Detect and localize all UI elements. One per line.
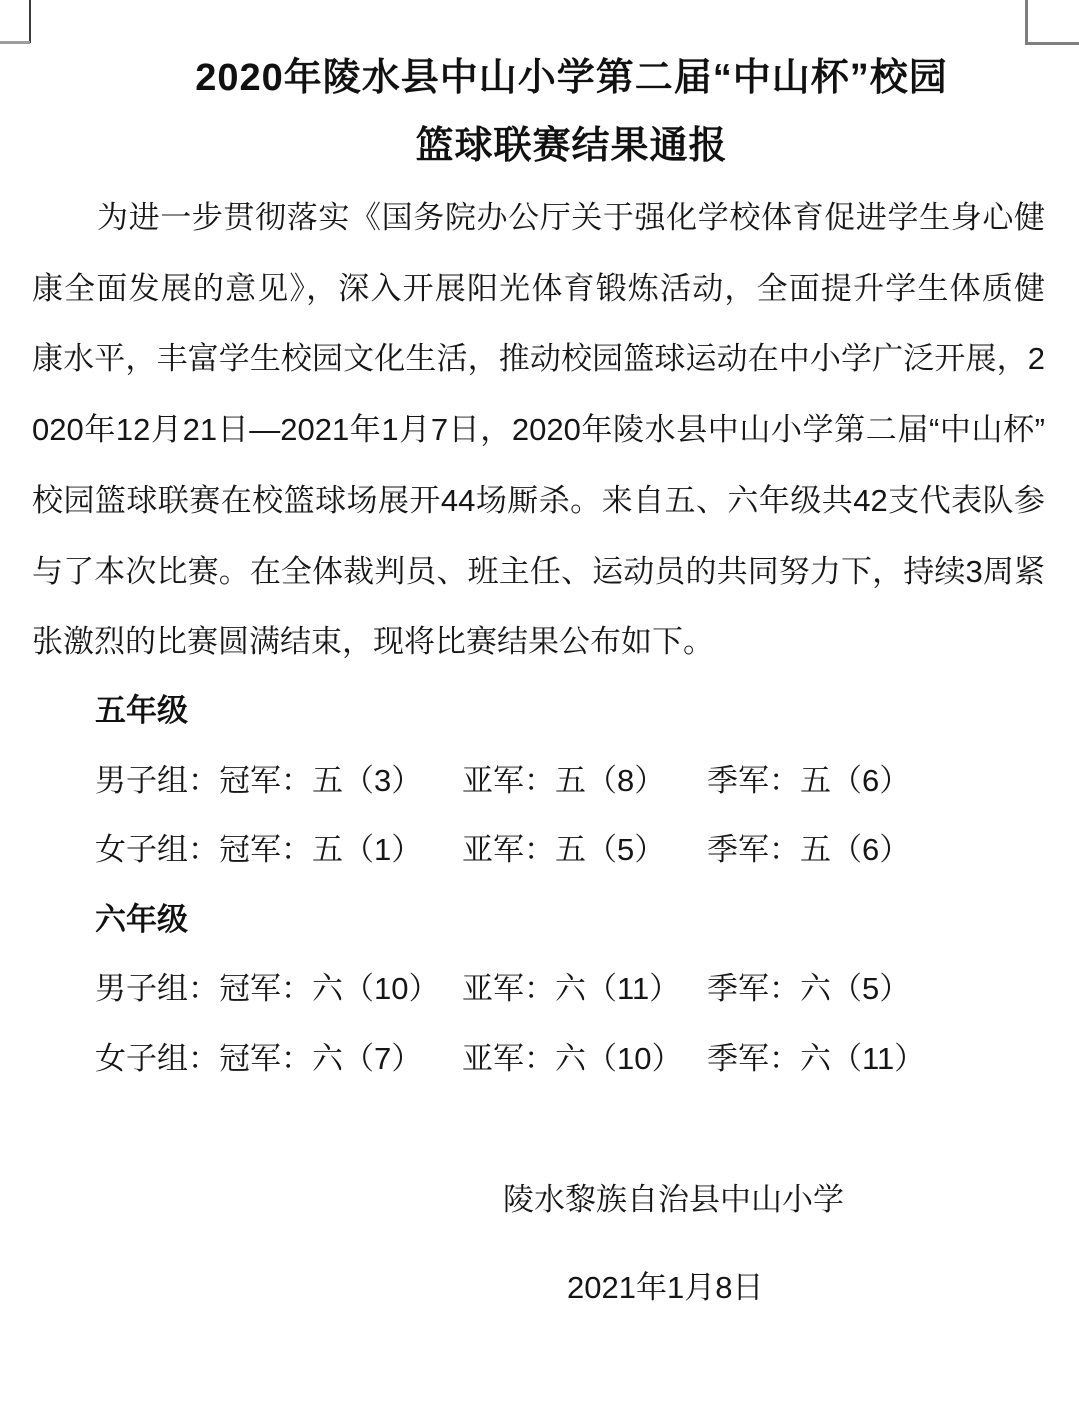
grade-5-girls-row: 女子组：冠军：五（1）亚军：五（5）季军：五（6） [95, 815, 1045, 885]
document-title: 2020年陵水县中山小学第二届“中山杯”校园 篮球联赛结果通报 [64, 44, 1079, 180]
paragraph-line: 康水平，丰富学生校园文化生活，推动校园篮球运动在中小学广泛开展，2 [32, 324, 1045, 395]
grade-6-heading: 六年级 [95, 885, 1045, 955]
grade-6-girls-third-place: 季军：六（11） [707, 1024, 925, 1094]
signature-school-name: 陵水黎族自治县中山小学 [503, 1180, 844, 1220]
crop-mark-top-right-vertical [1025, 0, 1028, 44]
grade-6-boys-row: 男子组：冠军：六（10）亚军：六（11）季军：六（5） [95, 954, 1045, 1024]
document-page: 2020年陵水县中山小学第二届“中山杯”校园 篮球联赛结果通报 为进一步贯彻落实… [0, 0, 1079, 1427]
grade-6-girls-row: 女子组：冠军：六（7）亚军：六（10）季军：六（11） [95, 1024, 1045, 1094]
grade-6-boys-runner-up: 亚军：六（11） [462, 954, 707, 1024]
paragraph-line: 康全面发展的意见》，深入开展阳光体育锻炼活动，全面提升学生体质健 [32, 254, 1045, 325]
grade-5-boys-runner-up: 亚军：五（8） [462, 746, 707, 816]
grade-5-girls-champion: 女子组：冠军：五（1） [95, 815, 462, 885]
grade-5-boys-champion: 男子组：冠军：五（3） [95, 746, 462, 816]
document-title-line-2: 篮球联赛结果通报 [64, 112, 1079, 180]
grade-6-boys-champion: 男子组：冠军：六（10） [95, 954, 462, 1024]
body-paragraph: 为进一步贯彻落实《国务院办公厅关于强化学校体育促进学生身心健 康全面发展的意见》… [32, 183, 1045, 678]
grade-5-girls-third-place: 季军：五（6） [707, 815, 910, 885]
grade-5-boys-third-place: 季军：五（6） [707, 746, 910, 816]
document-title-line-1: 2020年陵水县中山小学第二届“中山杯”校园 [64, 44, 1079, 112]
paragraph-line: 校园篮球联赛在校篮球场展开44场厮杀。来自五、六年级共42支代表队参 [32, 466, 1045, 537]
grade-5-boys-row: 男子组：冠军：五（3）亚军：五（8）季军：五（6） [95, 746, 1045, 816]
grade-6-girls-runner-up: 亚军：六（10） [462, 1024, 707, 1094]
paragraph-line: 020年12月21日—2021年1月7日，2020年陵水县中山小学第二届“中山杯… [32, 395, 1045, 466]
grade-6-girls-champion: 女子组：冠军：六（7） [95, 1024, 462, 1094]
paragraph-line: 张激烈的比赛圆满结束，现将比赛结果公布如下。 [32, 607, 1045, 678]
grade-5-girls-runner-up: 亚军：五（5） [462, 815, 707, 885]
crop-mark-top-left-horizontal [0, 41, 30, 44]
paragraph-line: 为进一步贯彻落实《国务院办公厅关于强化学校体育促进学生身心健 [32, 183, 1045, 254]
signature-date: 2021年1月8日 [567, 1268, 763, 1308]
results-section: 五年级 男子组：冠军：五（3）亚军：五（8）季军：五（6） 女子组：冠军：五（1… [95, 676, 1045, 1094]
crop-mark-top-left-vertical [29, 0, 31, 43]
grade-5-heading: 五年级 [95, 676, 1045, 746]
grade-6-boys-third-place: 季军：六（5） [707, 954, 910, 1024]
paragraph-line: 与了本次比赛。在全体裁判员、班主任、运动员的共同努力下，持续3周紧 [32, 537, 1045, 608]
